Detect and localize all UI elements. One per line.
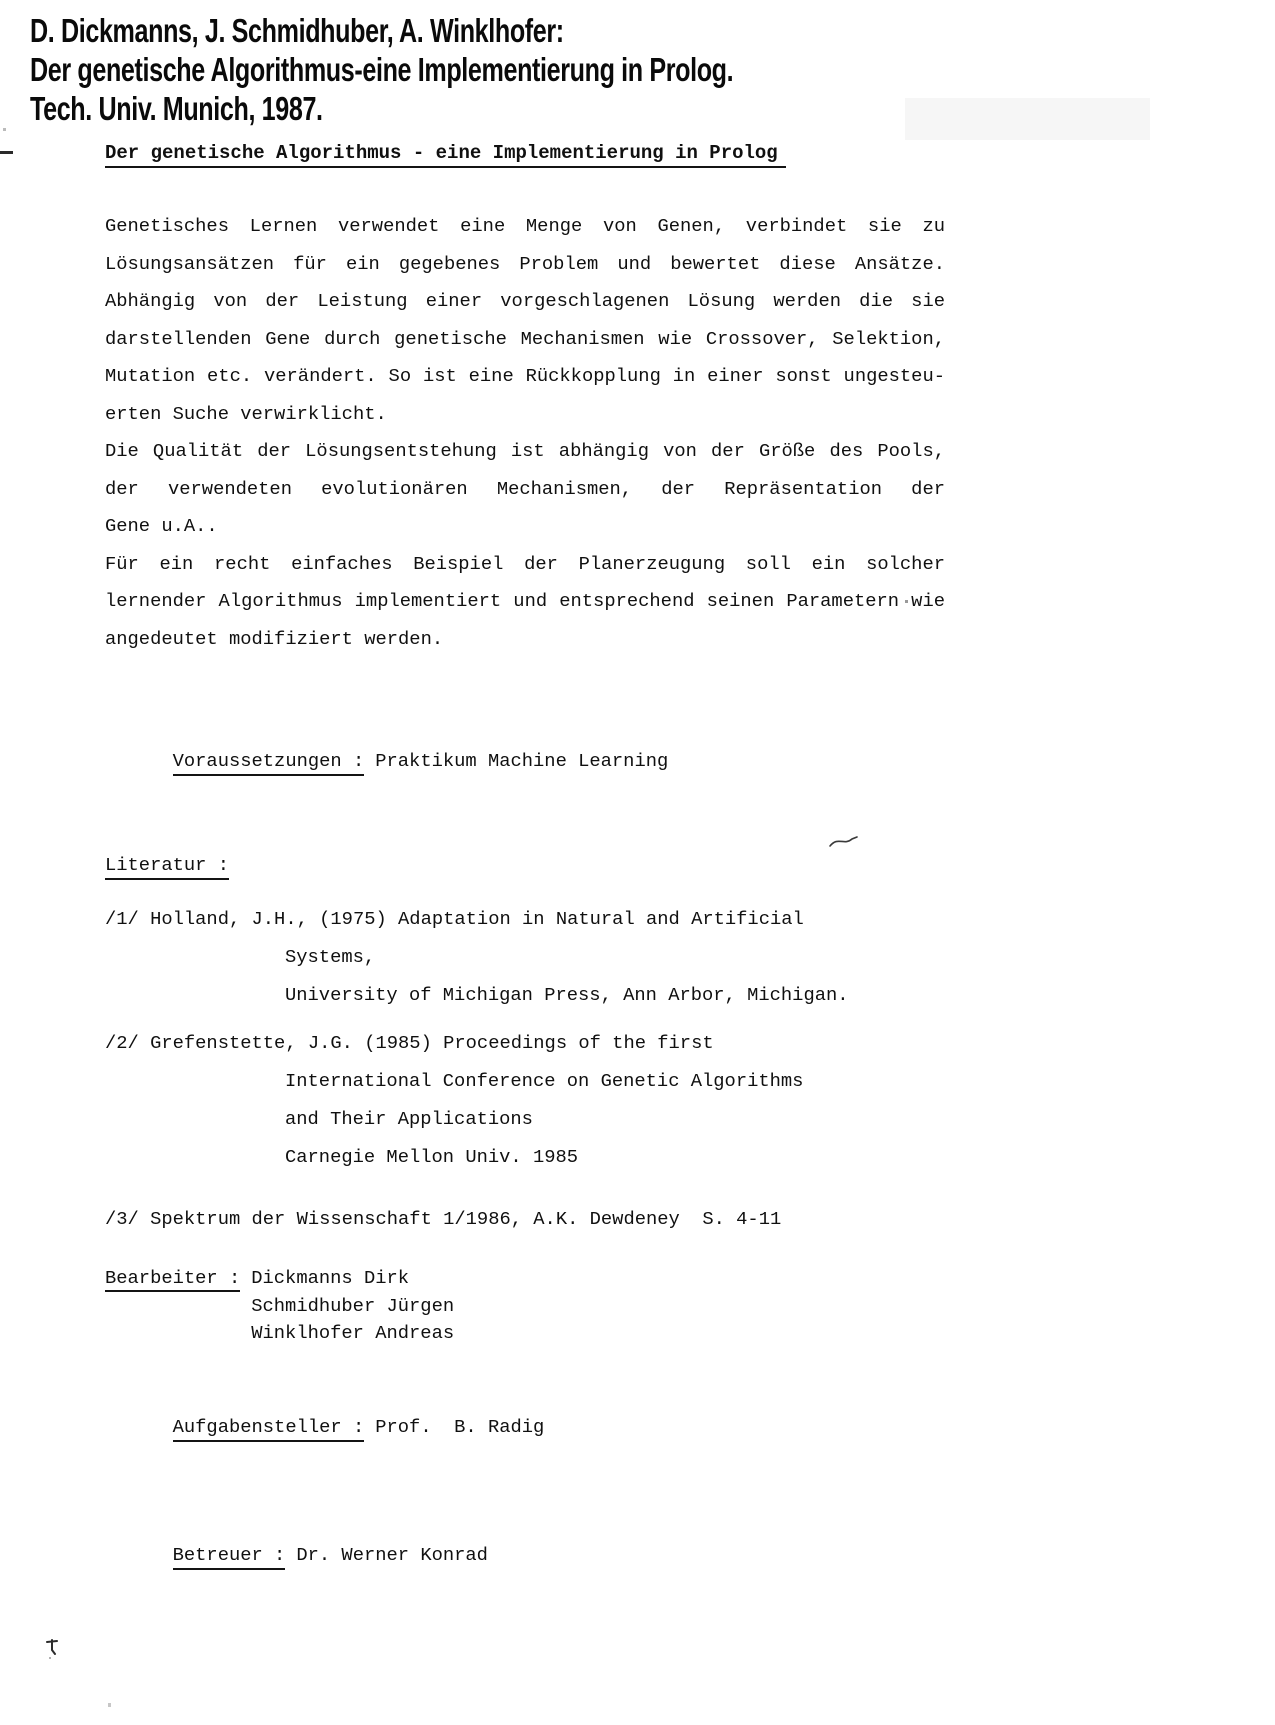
literature-line: Carnegie Mellon Univ. 1985 bbox=[105, 1138, 945, 1176]
supervisor-value: Prof. B. Radig bbox=[375, 1416, 544, 1438]
literature-label: Literatur : bbox=[105, 854, 229, 880]
literature-line: /2/ Grefenstette, J.G. (1985) Proceeding… bbox=[105, 1024, 945, 1062]
editors-label: Bearbeiter : bbox=[105, 1267, 240, 1292]
abstract-line: Abhängig von der Leistung einer vorgesch… bbox=[105, 283, 945, 321]
citation-header: D. Dickmanns, J. Schmidhuber, A. Winklho… bbox=[30, 12, 733, 129]
literature-line: University of Michigan Press, Ann Arbor,… bbox=[105, 976, 945, 1014]
scanned-document-page: D. Dickmanns, J. Schmidhuber, A. Winklho… bbox=[0, 0, 1275, 1725]
editor-name: Dickmanns Dirk bbox=[251, 1265, 454, 1293]
literature-heading: Literatur : bbox=[105, 850, 945, 880]
scan-margin-dot-artifact bbox=[3, 128, 6, 131]
scan-dot-artifact bbox=[905, 600, 908, 603]
abstract-line: lernender Algorithmus implementiert und … bbox=[105, 583, 945, 621]
abstract-line: darstellenden Gene durch genetische Mech… bbox=[105, 321, 945, 359]
literature-line: International Conference on Genetic Algo… bbox=[105, 1062, 945, 1100]
literature-line: and Their Applications bbox=[105, 1100, 945, 1138]
literature-entry-2: /2/ Grefenstette, J.G. (1985) Proceeding… bbox=[105, 1024, 945, 1176]
prerequisites-row: Voraussetzungen :Praktikum Machine Learn… bbox=[105, 716, 945, 806]
literature-line: /3/ Spektrum der Wissenschaft 1/1986, A.… bbox=[105, 1200, 945, 1238]
abstract-line: Genetisches Lernen verwendet eine Menge … bbox=[105, 208, 945, 246]
abstract-line: Mutation etc. verändert. So ist eine Rüc… bbox=[105, 358, 945, 396]
scan-smudge-mark-icon bbox=[44, 1636, 60, 1662]
citation-authors: D. Dickmanns, J. Schmidhuber, A. Winklho… bbox=[30, 12, 733, 51]
literature-line: Systems, bbox=[105, 938, 945, 976]
page-title-text: Der genetische Algorithmus - eine Implem… bbox=[105, 142, 786, 168]
literature-entry-3: /3/ Spektrum der Wissenschaft 1/1986, A.… bbox=[105, 1200, 945, 1238]
editor-name: Winklhofer Andreas bbox=[251, 1320, 454, 1348]
editors-label-wrap: Bearbeiter : bbox=[105, 1265, 240, 1293]
prerequisites-value: Praktikum Machine Learning bbox=[375, 750, 668, 772]
editors-row: Bearbeiter : Dickmanns Dirk Schmidhuber … bbox=[105, 1265, 945, 1348]
editors-names: Dickmanns Dirk Schmidhuber Jürgen Winklh… bbox=[251, 1265, 454, 1348]
editor-name: Schmidhuber Jürgen bbox=[251, 1293, 454, 1321]
abstract-line: Gene u.A.. bbox=[105, 508, 945, 546]
abstract-line: der verwendeten evolutionären Mechanisme… bbox=[105, 471, 945, 509]
supervisor-row: Aufgabensteller :Prof. B. Radig bbox=[105, 1382, 945, 1472]
citation-title: Der genetische Algorithmus-eine Implemen… bbox=[30, 51, 733, 90]
literature-entry-1: /1/ Holland, J.H., (1975) Adaptation in … bbox=[105, 900, 945, 1014]
prerequisites-label: Voraussetzungen : bbox=[173, 750, 365, 776]
scan-gray-patch-artifact bbox=[905, 98, 1150, 140]
advisor-row: Betreuer :Dr. Werner Konrad bbox=[105, 1510, 945, 1600]
abstract-line: Die Qualität der Lösungsentstehung ist a… bbox=[105, 433, 945, 471]
abstract-line: Lösungsansätzen für ein gegebenes Proble… bbox=[105, 246, 945, 284]
advisor-label: Betreuer : bbox=[173, 1544, 286, 1570]
abstract-line: Für ein recht einfaches Beispiel der Pla… bbox=[105, 546, 945, 584]
handwritten-check-mark-icon bbox=[828, 834, 860, 850]
abstract-line: erten Suche verwirklicht. bbox=[105, 396, 945, 434]
editors-section: Bearbeiter : Dickmanns Dirk Schmidhuber … bbox=[105, 1265, 945, 1348]
page-title: Der genetische Algorithmus - eine Implem… bbox=[105, 138, 945, 168]
literature-line: /1/ Holland, J.H., (1975) Adaptation in … bbox=[105, 900, 945, 938]
advisor-value: Dr. Werner Konrad bbox=[296, 1544, 488, 1566]
abstract-line: angedeutet modifiziert werden. bbox=[105, 621, 945, 659]
scan-bottom-dot-artifact bbox=[108, 1703, 111, 1707]
literature-section: Literatur : /1/ Holland, J.H., (1975) Ad… bbox=[105, 850, 945, 1238]
abstract-text: Genetisches Lernen verwendet eine Menge … bbox=[105, 208, 945, 658]
citation-affiliation: Tech. Univ. Munich, 1987. bbox=[30, 90, 733, 129]
document-body: Der genetische Algorithmus - eine Implem… bbox=[105, 138, 945, 1600]
scan-margin-dash-artifact bbox=[0, 151, 13, 154]
supervisor-label: Aufgabensteller : bbox=[173, 1416, 365, 1442]
